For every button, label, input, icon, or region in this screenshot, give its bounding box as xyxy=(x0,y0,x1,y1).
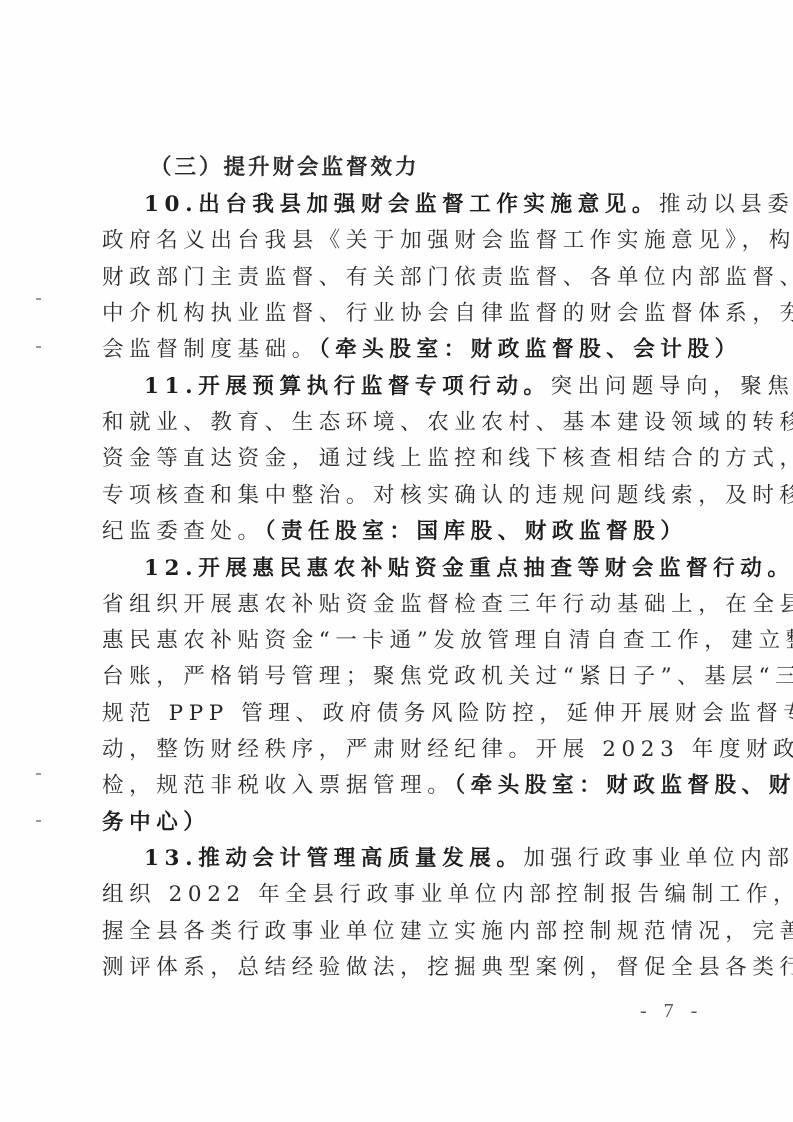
item-13-line: 握全县各类行政事业单位建立实施内部控制规范情况，完善内控 xyxy=(102,918,692,946)
item-12-line: 检，规范非税收入票据管理。（牵头股室：财政监督股、财政事 xyxy=(102,772,692,800)
item-11-line-1: 11.开展预算执行监督专项行动。突出问题导向，聚焦社保 xyxy=(144,373,692,401)
item-number: 13. xyxy=(144,846,198,871)
scan-mark xyxy=(36,298,41,300)
item-12-line: 规范 PPP 管理、政府债务风险防控，延伸开展财会监督专项行 xyxy=(102,700,692,728)
responsible-department: （牵头股室：财政监督股、会计股） xyxy=(319,337,742,362)
item-13-line: 组织 2022 年全县行政事业单位内部控制报告编制工作，全面掌 xyxy=(102,881,692,909)
item-title: 开展预算执行监督专项行动。 xyxy=(198,374,550,399)
item-number: 11. xyxy=(144,374,198,399)
item-11-line: 纪监委查处。（责任股室：国库股、财政监督股） xyxy=(102,518,692,546)
responsible-department: （责任股室：国库股、财政监督股） xyxy=(265,519,688,544)
item-number: 12. xyxy=(144,556,198,581)
item-11-line: 和就业、教育、生态环境、农业农村、基本建设领域的转移支付 xyxy=(102,409,692,437)
item-title: 开展惠民惠农补贴资金重点抽查等财会监督行动。 xyxy=(198,556,793,581)
item-title: 推动会计管理高质量发展。 xyxy=(198,846,523,871)
item-number: 10. xyxy=(144,192,198,217)
item-12-line: 动，整饬财经秩序，严肃财经纪律。开展 2023 年度财政票据年 xyxy=(102,736,692,764)
item-title: 出台我县加强财会监督工作实施意见。 xyxy=(198,192,659,217)
item-11-line: 资金等直达资金，通过线上监控和线下核查相结合的方式，开展 xyxy=(102,445,692,473)
item-10-line: 会监督制度基础。（牵头股室：财政监督股、会计股） xyxy=(102,336,692,364)
item-12-line: 惠民惠农补贴资金“一卡通”发放管理自清自查工作，建立整改 xyxy=(102,627,692,655)
item-13-line-1: 13.推动会计管理高质量发展。加强行政事业单位内部控制， xyxy=(144,845,692,873)
item-12-line: 务中心） xyxy=(102,809,692,837)
scan-mark xyxy=(36,346,41,348)
scan-mark xyxy=(36,773,41,775)
document-page: （三）提升财会监督效力 10.出台我县加强财会监督工作实施意见。推动以县委、县 … xyxy=(0,0,793,1122)
item-12-line-1: 12.开展惠民惠农补贴资金重点抽查等财会监督行动。在全 xyxy=(144,555,692,583)
responsible-department: （牵头股室：财政监督股、财政事 xyxy=(454,773,793,798)
section-heading: （三）提升财会监督效力 xyxy=(150,154,450,182)
page-number: - 7 - xyxy=(640,1000,703,1023)
item-11-line: 专项核查和集中整治。对核实确认的违规问题线索，及时移送县 xyxy=(102,482,692,510)
item-12-line: 台账，严格销号管理；聚焦党政机关过“紧日子”、基层“三保”、 xyxy=(102,663,692,691)
item-10-line: 中介机构执业监督、行业协会自律监督的财会监督体系，夯实财 xyxy=(102,300,692,328)
responsible-department: 务中心） xyxy=(102,810,210,835)
item-10-line: 政府名义出台我县《关于加强财会监督工作实施意见》，构建起 xyxy=(102,227,692,255)
item-12-line: 省组织开展惠农补贴资金监督检查三年行动基础上，在全县开展 xyxy=(102,591,692,619)
item-10-line: 财政部门主责监督、有关部门依责监督、各单位内部监督、相关 xyxy=(102,264,692,292)
scan-mark xyxy=(36,820,41,822)
item-10-line-1: 10.出台我县加强财会监督工作实施意见。推动以县委、县 xyxy=(144,191,692,219)
item-13-line: 测评体系，总结经验做法，挖掘典型案例，督促全县各类行政事 xyxy=(102,954,692,982)
